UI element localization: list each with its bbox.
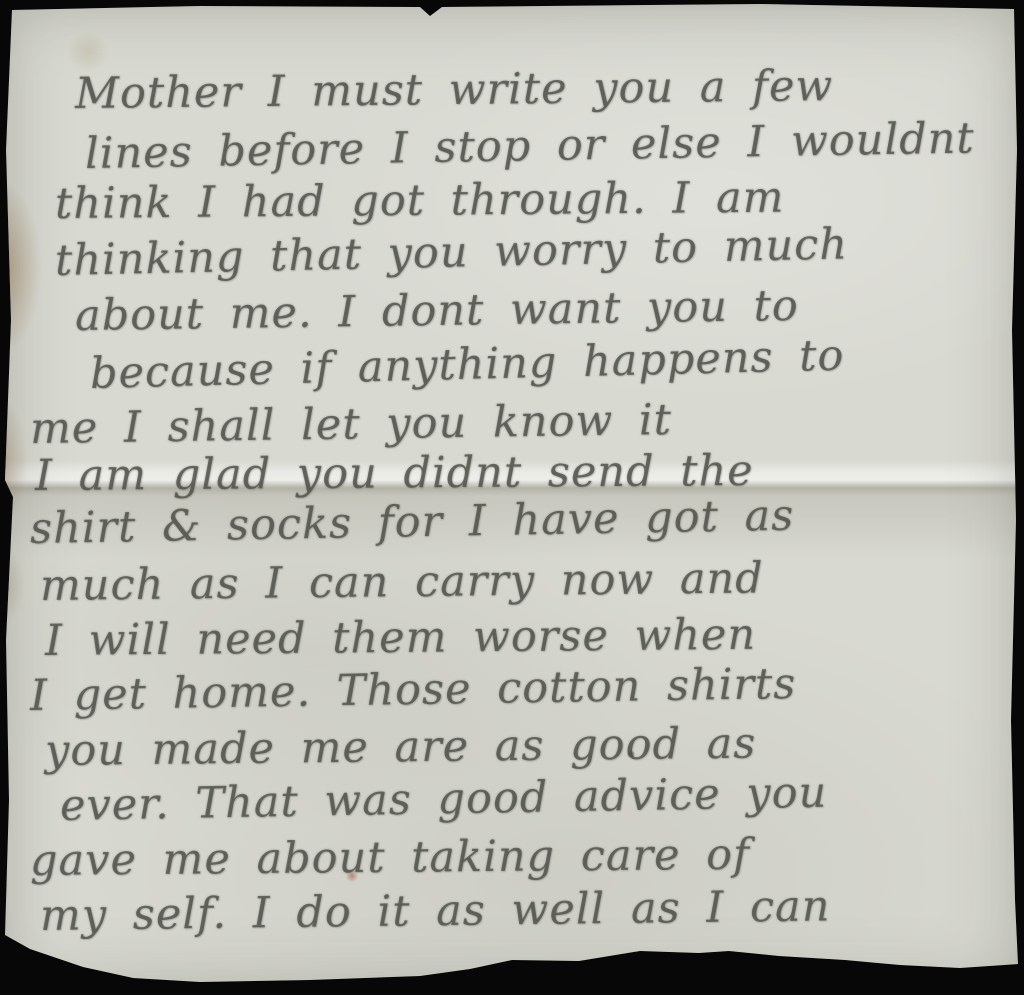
letter-line-16: my self. I do it as well as I can bbox=[40, 881, 831, 941]
letter-body: Mother I must write you a fewlines befor… bbox=[0, 0, 1024, 995]
letter-line-5: about me. I dont want you to bbox=[75, 281, 799, 341]
letter-line-12: I get home. Those cotton shirts bbox=[30, 659, 797, 721]
letter-line-1: Mother I must write you a few bbox=[75, 61, 834, 119]
letter-line-7: me I shall let you know it bbox=[30, 395, 673, 454]
letter-line-11: I will need them worse when bbox=[45, 610, 757, 666]
letter-line-6: because if anything happens to bbox=[89, 331, 845, 399]
scan-background: Mother I must write you a fewlines befor… bbox=[0, 0, 1024, 995]
letter-line-3: think I had got through. I am bbox=[55, 173, 785, 229]
letter-line-13: you made me are as good as bbox=[45, 719, 757, 776]
letter-paper: Mother I must write you a fewlines befor… bbox=[0, 0, 1024, 995]
letter-line-15: gave me about taking care of bbox=[30, 830, 750, 886]
letter-line-10: much as I can carry now and bbox=[40, 553, 764, 611]
letter-line-2: lines before I stop or else I wouldnt bbox=[85, 113, 975, 179]
letter-line-4: thinking that you worry to much bbox=[54, 219, 848, 286]
letter-line-14: ever. That was good advice you bbox=[60, 768, 828, 831]
